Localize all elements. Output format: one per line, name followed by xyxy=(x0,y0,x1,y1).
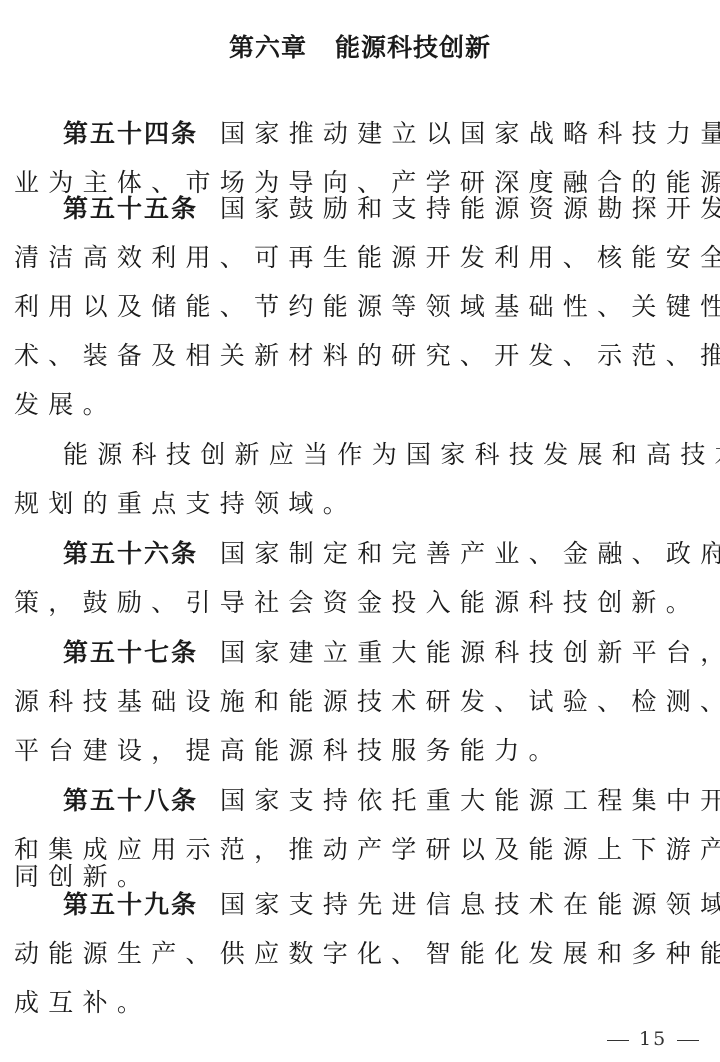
article-55-line-2: 清洁高效利用、可再生能源开发利用、核能安全利用、氢能开发 xyxy=(14,238,706,278)
article-label: 第五十五条 xyxy=(63,194,198,223)
article-label: 第五十六条 xyxy=(63,539,198,568)
article-label: 第五十四条 xyxy=(63,119,198,148)
article-55-line-4: 术、装备及相关新材料的研究、开发、示范、推广应用和产业化 xyxy=(14,336,706,376)
article-57-line-1: 第五十七条国家建立重大能源科技创新平台，支持重大能 xyxy=(63,633,706,673)
article-57-line-2: 源科技基础设施和能源技术研发、试验、检测、认证等公共服务 xyxy=(14,682,706,722)
chapter-number: 第六章 xyxy=(229,33,307,62)
article-label: 第五十九条 xyxy=(63,890,198,919)
article-58-line-1: 第五十八条国家支持依托重大能源工程集中开展科技攻关 xyxy=(63,781,706,821)
chapter-title: 第六章能源科技创新 xyxy=(0,28,720,64)
page-number: 15 xyxy=(597,1028,709,1050)
article-56-line-1: 第五十六条国家制定和完善产业、金融、政府采购等政 xyxy=(63,534,706,574)
dash-left xyxy=(607,1040,629,1041)
article-55-line-1: 第五十五条国家鼓励和支持能源资源勘探开发、化石能源 xyxy=(63,189,706,229)
chapter-name: 能源科技创新 xyxy=(335,33,491,62)
article-55-para-2-line-2: 规划的重点支持领域。 xyxy=(14,484,706,524)
dash-right xyxy=(677,1040,699,1041)
article-57-line-3: 平台建设，提高能源科技服务能力。 xyxy=(14,731,706,771)
article-label: 第五十八条 xyxy=(63,786,198,815)
article-54-line-1: 第五十四条国家推动建立以国家战略科技力量为引领、企 xyxy=(63,114,706,154)
article-59-line-2: 动能源生产、供应数字化、智能化发展和多种能源协同转换与集 xyxy=(14,934,706,974)
article-56-line-2: 策，鼓励、引导社会资金投入能源科技创新。 xyxy=(14,583,706,623)
article-55-line-3: 利用以及储能、节约能源等领域基础性、关键性和前沿性重大技 xyxy=(14,287,706,327)
article-59-line-3: 成互补。 xyxy=(14,983,706,1023)
article-55-para-2-line-1: 能源科技创新应当作为国家科技发展和高技术产业发展相关 xyxy=(63,435,706,475)
article-55-line-5: 发展。 xyxy=(14,385,706,425)
article-59-line-1: 第五十九条国家支持先进信息技术在能源领域的应用，推 xyxy=(63,885,706,925)
article-label: 第五十七条 xyxy=(63,638,198,667)
